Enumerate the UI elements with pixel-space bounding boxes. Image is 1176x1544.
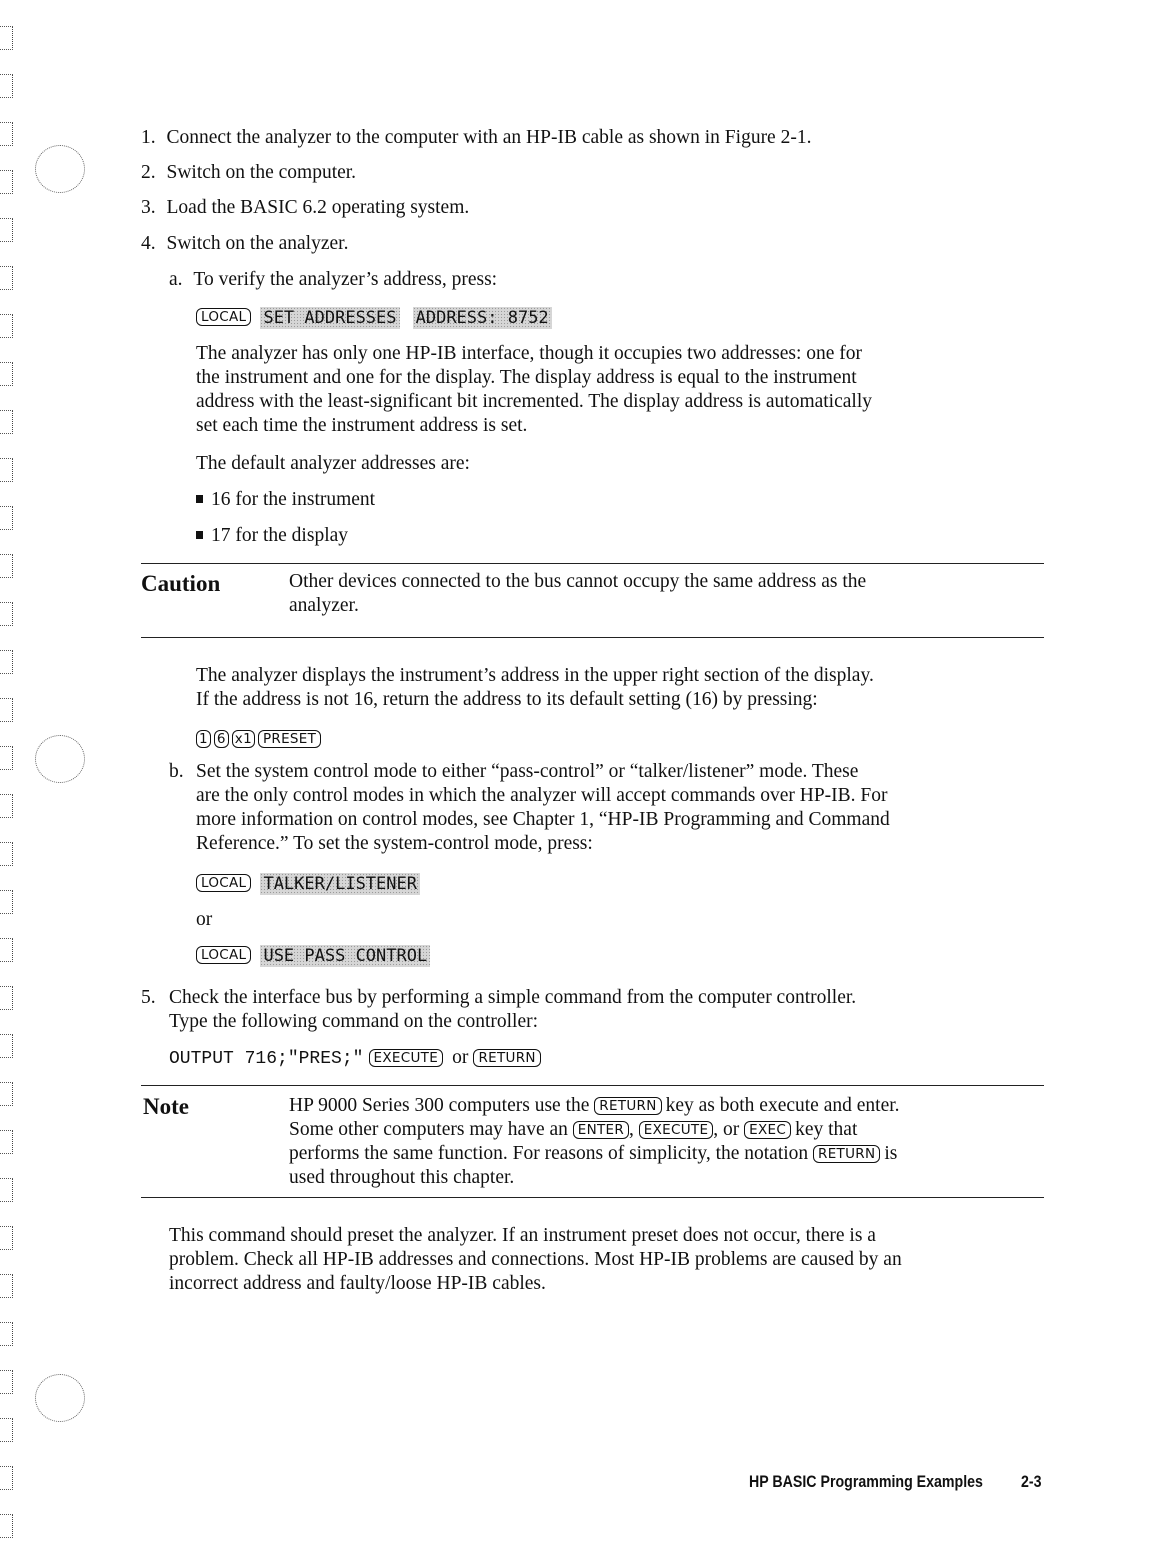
note-text-segment: HP 9000 Series 300 computers use the (289, 1095, 589, 1116)
closing-paragraph: This command should preset the analyzer.… (169, 1224, 902, 1296)
margin-tab-mark (0, 458, 13, 482)
margin-tab-mark (0, 938, 13, 962)
paragraph-line: problem. Check all HP-IB addresses and c… (169, 1248, 902, 1272)
list-item-text: 16 for the instrument (211, 489, 375, 510)
paragraph-line: incorrect address and faulty/loose HP-IB… (169, 1272, 902, 1296)
paragraph-line: Set the system control mode to either “p… (196, 760, 890, 784)
margin-tab-mark (0, 650, 13, 674)
paragraph-line: set each time the instrument address is … (196, 414, 872, 438)
paragraph-line: the instrument and one for the display. … (196, 366, 872, 390)
margin-tab-mark (0, 554, 13, 578)
paragraph-line: Check the interface bus by performing a … (169, 986, 856, 1010)
margin-tab-mark (0, 986, 13, 1010)
or-text: or (196, 908, 212, 932)
key-preset[interactable]: PRESET (258, 730, 321, 748)
note-text: HP 9000 Series 300 computers use the RET… (289, 1094, 900, 1190)
margin-tab-mark (0, 122, 13, 146)
footer-title: HP BASIC Programming Examples (749, 1473, 983, 1492)
paragraph-line: address with the least-significant bit i… (196, 390, 872, 414)
defaults-intro: The default analyzer addresses are: (196, 452, 470, 476)
note-bottom-rule (141, 1197, 1044, 1198)
margin-tab-mark (0, 1130, 13, 1154)
step-text: Load the BASIC 6.2 operating system. (167, 197, 470, 218)
substep-letter: a. (169, 269, 183, 290)
margin-tab-mark (0, 1466, 13, 1490)
step-text: Switch on the analyzer. (167, 233, 349, 254)
paragraph-line: The analyzer has only one HP-IB interfac… (196, 342, 872, 366)
margin-tab-mark (0, 1082, 13, 1106)
note-text-segment: key as both execute and enter. (666, 1095, 900, 1116)
key-6[interactable]: 6 (214, 730, 229, 748)
caution-text: Other devices connected to the bus canno… (289, 570, 866, 618)
page-number: 2-3 (1021, 1473, 1042, 1492)
caution-bottom-rule (141, 637, 1044, 638)
softkey-set-addresses[interactable]: SET ADDRESSES (260, 307, 399, 329)
hardkey-local[interactable]: LOCAL (196, 308, 251, 326)
paragraph-line: are the only control modes in which the … (196, 784, 890, 808)
note-text-segment: Some other computers may have an (289, 1119, 568, 1140)
key-enter[interactable]: ENTER (573, 1121, 629, 1139)
caution-line: analyzer. (289, 594, 866, 618)
margin-tab-mark (0, 170, 13, 194)
margin-tab-mark (0, 362, 13, 386)
step-4b: b. (169, 760, 184, 784)
margin-tab-mark (0, 314, 13, 338)
step-4: 4. Switch on the analyzer. (141, 232, 348, 256)
softkey-address-8752[interactable]: ADDRESS: 8752 (413, 307, 552, 329)
paragraph-line: The analyzer displays the instrument’s a… (196, 664, 874, 688)
margin-tab-mark (0, 74, 13, 98)
list-item-text: 17 for the display (211, 525, 348, 546)
margin-tab-mark (0, 1226, 13, 1250)
step-number: 1. (141, 127, 156, 148)
key-sequence-pass-control: LOCAL USE PASS CONTROL (196, 945, 438, 967)
key-execute[interactable]: EXECUTE (369, 1049, 444, 1067)
paragraph-line: If the address is not 16, return the add… (196, 688, 874, 712)
step-5: 5. (141, 986, 156, 1010)
margin-tab-mark (0, 506, 13, 530)
note-line: performs the same function. For reasons … (289, 1142, 900, 1166)
margin-tab-mark (0, 410, 13, 434)
bullet-icon (196, 495, 203, 503)
step-number: 2. (141, 162, 156, 183)
margin-tab-mark (0, 842, 13, 866)
binder-hole (35, 735, 85, 783)
margin-tab-mark (0, 602, 13, 626)
note-text-segment: is (884, 1143, 897, 1164)
default-list-item: 17 for the display (196, 524, 348, 548)
hardkey-local[interactable]: LOCAL (196, 874, 251, 892)
display-address-paragraph: The analyzer displays the instrument’s a… (196, 664, 874, 712)
paragraph-line: Reference.” To set the system-control mo… (196, 832, 890, 856)
note-line: used throughout this chapter. (289, 1166, 900, 1190)
step-text: Switch on the computer. (167, 162, 357, 183)
step-2: 2. Switch on the computer. (141, 161, 356, 185)
paragraph-line: Type the following command on the contro… (169, 1010, 856, 1034)
softkey-talker-listener[interactable]: TALKER/LISTENER (260, 873, 420, 895)
margin-tab-mark (0, 218, 13, 242)
key-sequence-talker-listener: LOCAL TALKER/LISTENER (196, 873, 428, 895)
note-line: HP 9000 Series 300 computers use the RET… (289, 1094, 900, 1118)
note-top-rule (141, 1085, 1044, 1086)
softkey-use-pass-control[interactable]: USE PASS CONTROL (260, 945, 430, 967)
key-x1[interactable]: x1 (232, 730, 255, 748)
key-1[interactable]: 1 (196, 730, 211, 748)
or-text: or (452, 1047, 468, 1068)
caution-line: Other devices connected to the bus canno… (289, 570, 866, 594)
default-list-item: 16 for the instrument (196, 488, 375, 512)
bullet-icon (196, 531, 203, 539)
command-line: OUTPUT 716;"PRES;" EXECUTE or RETURN (169, 1046, 545, 1070)
step-3: 3. Load the BASIC 6.2 operating system. (141, 196, 469, 220)
note-text-segment: key that (795, 1119, 857, 1140)
binder-hole (35, 145, 85, 193)
margin-tab-mark (0, 1322, 13, 1346)
margin-tab-mark (0, 26, 13, 50)
caution-label: Caution (141, 571, 220, 597)
address-explanation: The analyzer has only one HP-IB interfac… (196, 342, 872, 438)
binder-hole (35, 1374, 85, 1422)
caution-top-rule (141, 563, 1044, 564)
substep-text: To verify the analyzer’s address, press: (193, 269, 497, 290)
margin-tab-mark (0, 266, 13, 290)
step-number: 4. (141, 233, 156, 254)
note-line: Some other computers may have an ENTER, … (289, 1118, 900, 1142)
margin-tab-mark (0, 1034, 13, 1058)
key-sequence-preset: 16x1PRESET (196, 729, 325, 748)
step-number: 5. (141, 987, 156, 1008)
paragraph-line: This command should preset the analyzer.… (169, 1224, 902, 1248)
margin-tab-mark (0, 1370, 13, 1394)
step-4a: a. To verify the analyzer’s address, pre… (169, 268, 497, 292)
substep-letter: b. (169, 761, 184, 782)
margin-tab-mark (0, 1178, 13, 1202)
margin-tab-mark (0, 1514, 13, 1538)
control-mode-paragraph: Set the system control mode to either “p… (196, 760, 890, 856)
note-label: Note (143, 1094, 189, 1120)
paragraph-line: more information on control modes, see C… (196, 808, 890, 832)
step-1: 1. Connect the analyzer to the computer … (141, 126, 811, 150)
note-text-segment: , or (713, 1119, 739, 1140)
margin-tab-mark (0, 698, 13, 722)
key-return[interactable]: RETURN (813, 1145, 880, 1163)
step-text: Connect the analyzer to the computer wit… (167, 127, 812, 148)
margin-tab-mark (0, 746, 13, 770)
note-text-segment: performs the same function. For reasons … (289, 1143, 808, 1164)
hardkey-local[interactable]: LOCAL (196, 946, 251, 964)
command-code: OUTPUT 716;"PRES;" (169, 1049, 363, 1069)
margin-tab-mark (0, 890, 13, 914)
step-number: 3. (141, 197, 156, 218)
key-return[interactable]: RETURN (473, 1049, 540, 1067)
margin-tab-mark (0, 1418, 13, 1442)
margin-tab-mark (0, 794, 13, 818)
step-5-text: Check the interface bus by performing a … (169, 986, 856, 1034)
key-execute[interactable]: EXECUTE (639, 1121, 714, 1139)
key-sequence-set-address: LOCAL SET ADDRESSES ADDRESS: 8752 (196, 307, 560, 329)
key-exec[interactable]: EXEC (744, 1121, 791, 1139)
margin-tab-mark (0, 1274, 13, 1298)
key-return[interactable]: RETURN (594, 1097, 661, 1115)
